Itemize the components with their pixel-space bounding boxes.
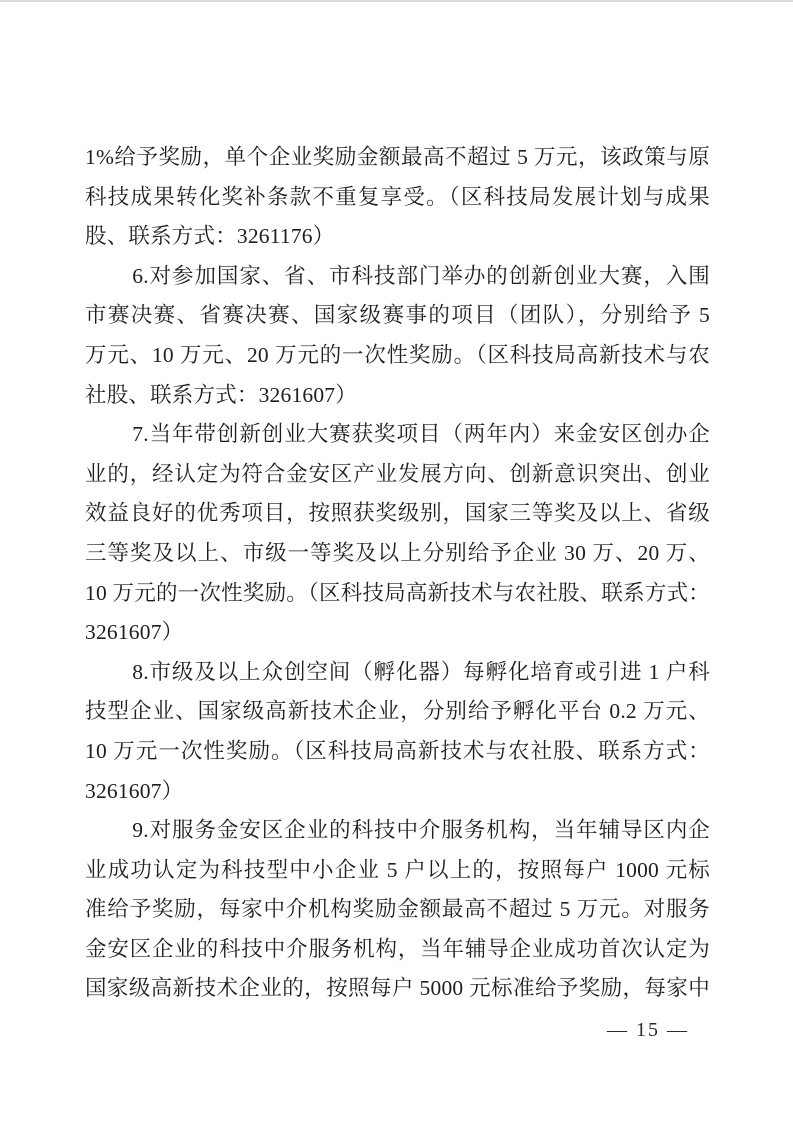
text-line: 1%给予奖励，单个企业奖励金额最高不超过 5 万元，该政策与原 <box>85 138 710 178</box>
text-line: 金安区企业的科技中介服务机构，当年辅导企业成功首次认定为 <box>85 930 710 970</box>
paragraph: 9.对服务金安区企业的科技中介服务机构，当年辅导区内企业成功认定为科技型中小企业… <box>85 811 710 1009</box>
text-line: 6.对参加国家、省、市科技部门举办的创新创业大赛，入围 <box>85 257 710 297</box>
document-body: 1%给予奖励，单个企业奖励金额最高不超过 5 万元，该政策与原科技成果转化奖补条… <box>85 138 710 1009</box>
text-line: 三等奖及以上、市级一等奖及以上分别给予企业 30 万、20 万、 <box>85 534 710 574</box>
scan-edge-line <box>0 0 793 2</box>
text-line: 8.市级及以上众创空间（孵化器）每孵化培育或引进 1 户科 <box>85 653 710 693</box>
text-line: 效益良好的优秀项目，按照获奖级别，国家三等奖及以上、省级 <box>85 494 710 534</box>
text-line: 股、联系方式：3261176） <box>85 217 710 257</box>
paragraph: 1%给予奖励，单个企业奖励金额最高不超过 5 万元，该政策与原科技成果转化奖补条… <box>85 138 710 257</box>
text-line: 业成功认定为科技型中小企业 5 户以上的，按照每户 1000 元标 <box>85 851 710 891</box>
paragraph: 8.市级及以上众创空间（孵化器）每孵化培育或引进 1 户科技型企业、国家级高新技… <box>85 653 710 811</box>
text-line: 国家级高新技术企业的，按照每户 5000 元标准给予奖励，每家中 <box>85 969 710 1009</box>
text-line: 3261607） <box>85 613 710 653</box>
text-line: 10 万元一次性奖励。（区科技局高新技术与农社股、联系方式： <box>85 732 710 772</box>
text-line: 7.当年带创新创业大赛获奖项目（两年内）来金安区创办企 <box>85 415 710 455</box>
text-line: 准给予奖励，每家中介机构奖励金额最高不超过 5 万元。对服务 <box>85 890 710 930</box>
text-line: 市赛决赛、省赛决赛、国家级赛事的项目（团队），分别给予 5 <box>85 296 710 336</box>
text-line: 3261607） <box>85 772 710 812</box>
text-line: 业的，经认定为符合金安区产业发展方向、创新意识突出、创业 <box>85 455 710 495</box>
text-line: 社股、联系方式：3261607） <box>85 376 710 416</box>
text-line: 9.对服务金安区企业的科技中介服务机构，当年辅导区内企 <box>85 811 710 851</box>
document-page: 1%给予奖励，单个企业奖励金额最高不超过 5 万元，该政策与原科技成果转化奖补条… <box>0 0 793 1122</box>
paragraph: 7.当年带创新创业大赛获奖项目（两年内）来金安区创办企业的，经认定为符合金安区产… <box>85 415 710 653</box>
paragraph: 6.对参加国家、省、市科技部门举办的创新创业大赛，入围市赛决赛、省赛决赛、国家级… <box>85 257 710 415</box>
text-line: 10 万元的一次性奖励。（区科技局高新技术与农社股、联系方式： <box>85 574 710 614</box>
page-number: — 15 — <box>607 1016 689 1044</box>
text-line: 万元、10 万元、20 万元的一次性奖励。（区科技局高新技术与农 <box>85 336 710 376</box>
text-line: 科技成果转化奖补条款不重复享受。（区科技局发展计划与成果 <box>85 178 710 218</box>
text-line: 技型企业、国家级高新技术企业，分别给予孵化平台 0.2 万元、 <box>85 692 710 732</box>
